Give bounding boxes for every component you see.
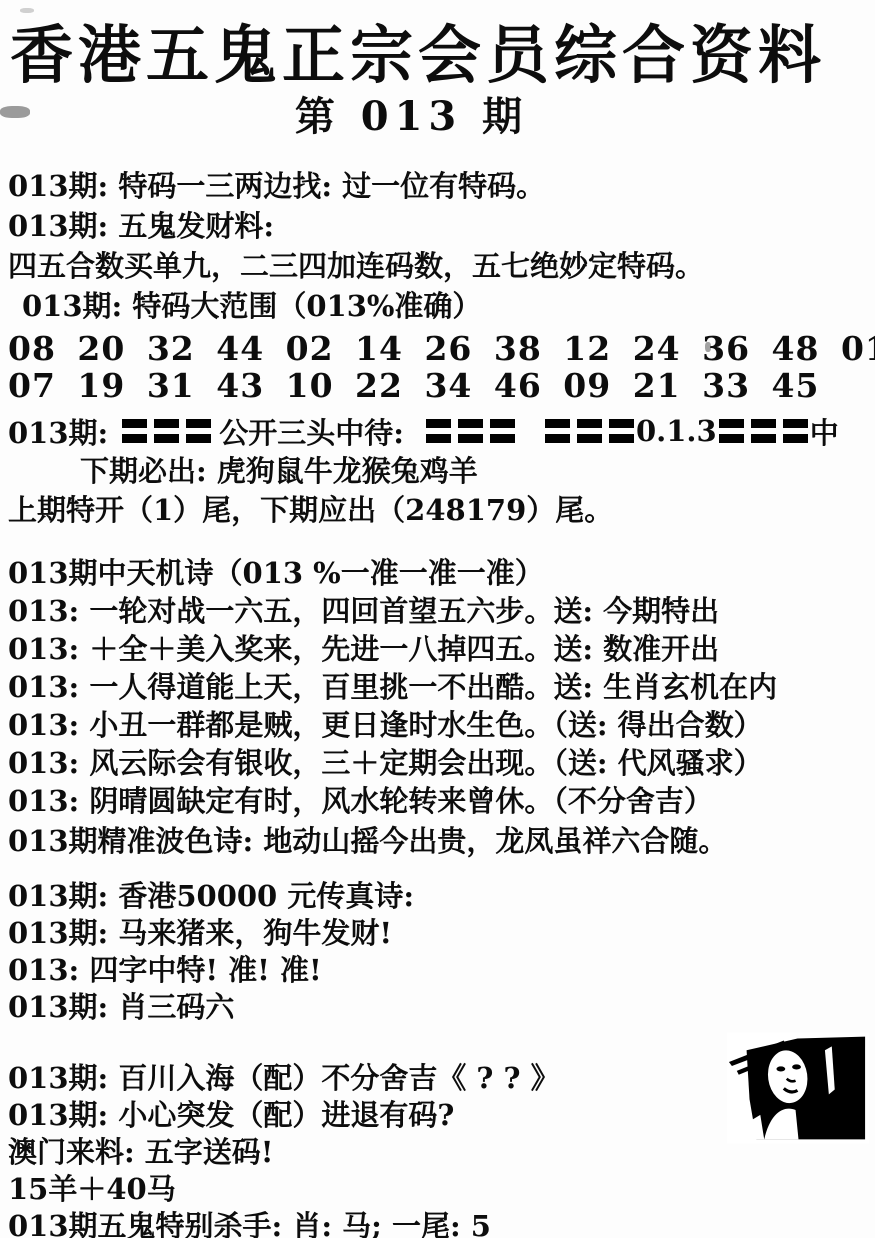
tip-line: 013期: 五鬼发财料:	[8, 206, 875, 246]
fax-line: 013期: 肖三码六	[8, 989, 875, 1026]
bars-line-prefix: 013期:	[8, 411, 108, 452]
numbers-row: 08 20 32 44 02 14 26 38 12 24 36 48 01 1…	[8, 330, 875, 367]
fax-line: 013期: 马来猪来，狗牛发财!	[8, 915, 875, 952]
poem-line: 013: 阴晴圆缺定有时，风水轮转来曾休。（不分舍吉）	[8, 782, 875, 820]
poem-line: 013: 风云际会有银收，三＋定期会出现。（送: 代风骚求）	[8, 744, 875, 782]
tip-line: 四五合数买单九，二三四加连码数，五七绝妙定特码。	[8, 246, 875, 286]
bars-line-digits: 0.1.3	[636, 414, 717, 448]
wave-color-poem: 013期精准波色诗: 地动山摇今出贵，龙凤虽祥六合随。	[0, 822, 875, 860]
equals-bars-icon	[545, 419, 634, 443]
bars-line-label: 公开三头中待:	[219, 411, 404, 452]
bars-line-suffix: 中	[810, 411, 839, 452]
page-title: 香港五鬼正宗会员综合资料	[10, 16, 869, 94]
poem-line: 013: 一人得道能上天，百里挑一不出酷。送: 生肖玄机在内	[8, 668, 875, 706]
zodiac-line: 下期必出: 虎狗鼠牛龙猴兔鸡羊	[0, 452, 875, 490]
portrait-image	[727, 1032, 869, 1144]
poems-section: 013: 一轮对战一六五，四回首望五六步。送: 今期特出 013: ＋全＋美入奖…	[0, 592, 875, 820]
poem-line: 013: ＋全＋美入奖来，先进一八掉四五。送: 数准开出	[8, 630, 875, 668]
scan-smudge	[20, 8, 34, 13]
tips-section: 013期: 特码一三两边找: 过一位有特码。 013期: 五鬼发财料: 四五合数…	[0, 166, 875, 326]
tail-number-line: 上期特开（1）尾，下期应出（248179）尾。	[0, 490, 875, 530]
tip-line: 013期: 特码大范围（013%准确）	[8, 286, 875, 326]
equals-bars-icon	[719, 419, 808, 443]
bottom-line: 15羊＋40马	[8, 1171, 875, 1208]
fax-line: 013期: 香港50000 元传真诗:	[8, 878, 875, 915]
issue-number: 第 013 期	[0, 94, 823, 140]
scan-smudge	[0, 106, 30, 118]
fax-line: 013: 四字中特! 准! 准!	[8, 952, 875, 989]
numbers-section: 08 20 32 44 02 14 26 38 12 24 36 48 01 1…	[0, 330, 875, 404]
poem-line: 013: 小丑一群都是贼，更日逢时水生色。（送: 得出合数）	[8, 706, 875, 744]
poem-line: 013: 一轮对战一六五，四回首望五六步。送: 今期特出	[8, 592, 875, 630]
equals-bars-icon	[426, 419, 515, 443]
poem-header: 013期中天机诗（013 %一准一准一准）	[0, 554, 875, 592]
fax-section: 013期: 香港50000 元传真诗: 013期: 马来猪来，狗牛发财! 013…	[0, 878, 875, 1026]
three-heads-line: 013期: 公开三头中待: 0.1.3 中	[0, 410, 875, 452]
document-page: 香港五鬼正宗会员综合资料 第 013 期 013期: 特码一三两边找: 过一位有…	[0, 0, 875, 1238]
bottom-line: 013期五鬼特别杀手: 肖: 马; 一尾: 5	[8, 1208, 875, 1238]
tip-line: 013期: 特码一三两边找: 过一位有特码。	[8, 166, 875, 206]
scan-smudge	[705, 342, 711, 352]
equals-bars-icon	[122, 419, 211, 443]
numbers-row: 07 19 31 43 10 22 34 46 09 21 33 45	[8, 367, 875, 404]
